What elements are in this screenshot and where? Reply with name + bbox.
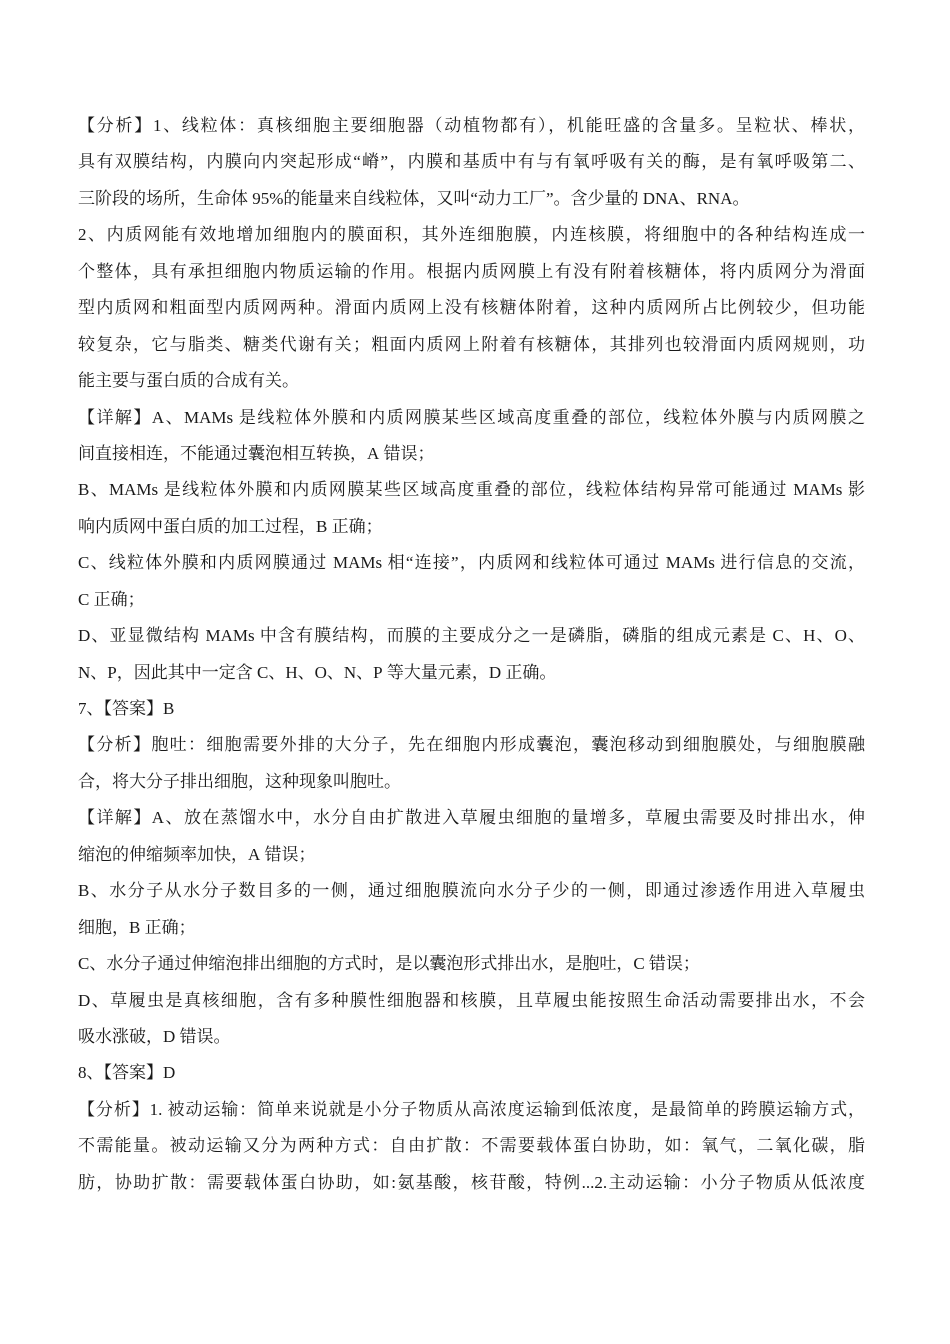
text-line: 合，将大分子排出细胞，这种现象叫胞吐。	[78, 764, 865, 800]
text-line: N、P，因此其中一定含 C、H、O、N、P 等大量元素，D 正确。	[78, 655, 865, 691]
text-line: B、MAMs 是线粒体外膜和内质网膜某些区域高度重叠的部位，线粒体结构异常可能通…	[78, 472, 865, 508]
text-line: 不需能量。被动运输又分为两种方式：自由扩散：不需要载体蛋白协助，如：氧气，二氧化…	[78, 1128, 865, 1164]
text-line: C 正确；	[78, 582, 865, 618]
text-line: 【分析】1、线粒体：真核细胞主要细胞器（动植物都有），机能旺盛的含量多。呈粒状、…	[78, 108, 865, 144]
text-line: 肪，协助扩散：需要载体蛋白协助，如:氨基酸，核苷酸，特例...2.主动运输：小分…	[78, 1165, 865, 1201]
text-line: 个整体，具有承担细胞内物质运输的作用。根据内质网膜上有没有附着核糖体，将内质网分…	[78, 254, 865, 290]
text-line: 8、【答案】D	[78, 1055, 865, 1091]
text-line: 型内质网和粗面型内质网两种。滑面内质网上没有核糖体附着，这种内质网所占比例较少，…	[78, 290, 865, 326]
text-line: D、草履虫是真核细胞，含有多种膜性细胞器和核膜，且草履虫能按照生命活动需要排出水…	[78, 983, 865, 1019]
text-line: 缩泡的伸缩频率加快，A 错误；	[78, 837, 865, 873]
text-line: 三阶段的场所，生命体 95%的能量来自线粒体，又叫“动力工厂”。含少量的 DNA…	[78, 181, 865, 217]
text-line: 具有双膜结构，内膜向内突起形成“嵴”，内膜和基质中有与有氧呼吸有关的酶，是有氧呼…	[78, 144, 865, 180]
text-line: 较复杂，它与脂类、糖类代谢有关；粗面内质网上附着有核糖体，其排列也较滑面内质网规…	[78, 327, 865, 363]
text-line: 【详解】A、MAMs 是线粒体外膜和内质网膜某些区域高度重叠的部位，线粒体外膜与…	[78, 400, 865, 436]
text-line: C、水分子通过伸缩泡排出细胞的方式时，是以囊泡形式排出水，是胞吐，C 错误；	[78, 946, 865, 982]
text-line: D、亚显微结构 MAMs 中含有膜结构，而膜的主要成分之一是磷脂，磷脂的组成元素…	[78, 618, 865, 654]
answer-explanations-text: 【分析】1、线粒体：真核细胞主要细胞器（动植物都有），机能旺盛的含量多。呈粒状、…	[0, 0, 950, 1201]
text-line: 细胞，B 正确；	[78, 910, 865, 946]
text-line: 【分析】1. 被动运输：简单来说就是小分子物质从高浓度运输到低浓度，是最简单的跨…	[78, 1092, 865, 1128]
text-line: B、水分子从水分子数目多的一侧，通过细胞膜流向水分子少的一侧，即通过渗透作用进入…	[78, 873, 865, 909]
text-line: 能主要与蛋白质的合成有关。	[78, 363, 865, 399]
text-line: 间直接相连，不能通过囊泡相互转换，A 错误；	[78, 436, 865, 472]
text-line: 2、内质网能有效地增加细胞内的膜面积，其外连细胞膜，内连核膜，将细胞中的各种结构…	[78, 217, 865, 253]
text-line: 【分析】胞吐：细胞需要外排的大分子，先在细胞内形成囊泡，囊泡移动到细胞膜处，与细…	[78, 727, 865, 763]
text-line: 吸水涨破，D 错误。	[78, 1019, 865, 1055]
text-line: 【详解】A、放在蒸馏水中，水分自由扩散进入草履虫细胞的量增多，草履虫需要及时排出…	[78, 800, 865, 836]
text-line: 7、【答案】B	[78, 691, 865, 727]
document-page: 【分析】1、线粒体：真核细胞主要细胞器（动植物都有），机能旺盛的含量多。呈粒状、…	[0, 0, 950, 1344]
text-line: 响内质网中蛋白质的加工过程，B 正确；	[78, 509, 865, 545]
text-line: C、线粒体外膜和内质网膜通过 MAMs 相“连接”，内质网和线粒体可通过 MAM…	[78, 545, 865, 581]
